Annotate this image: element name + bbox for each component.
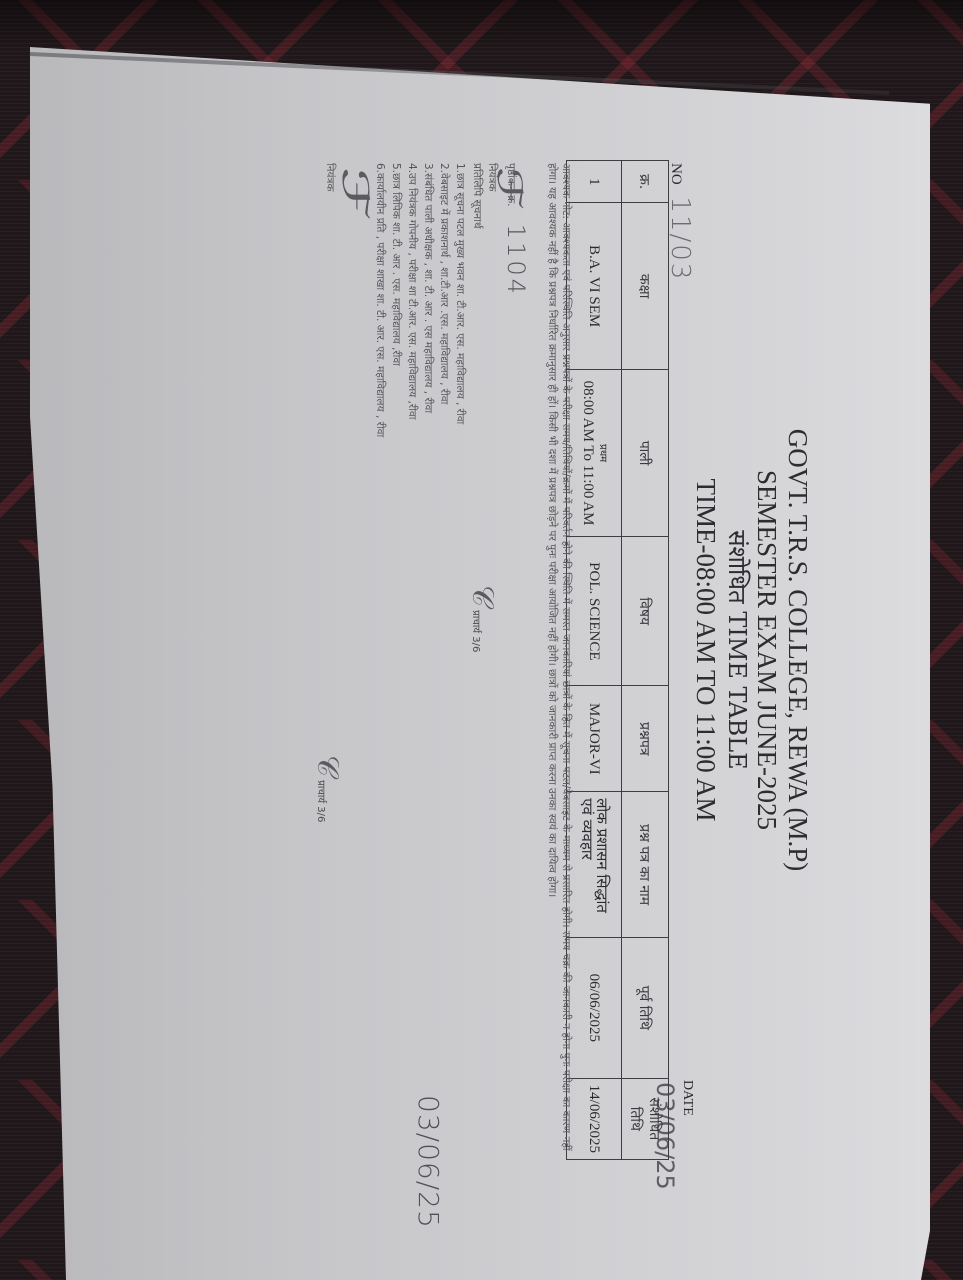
header-original-date: पूर्व तिथि [622, 937, 669, 1078]
controller-signature-2-icon: ℱ [334, 167, 375, 221]
cell-sn: 1 [567, 161, 622, 203]
college-name: GOVT. T.R.S. COLLEGE, REWA (M.P) [782, 85, 813, 1215]
endorsement-handwritten: 1104 [502, 224, 530, 297]
fabric-background [0, 0, 963, 50]
header-sn: क्र. [622, 161, 669, 203]
principal-date-note-2: 3/6 [315, 806, 326, 822]
handwritten-number: 11/03 [665, 196, 695, 281]
no-label: NO [668, 163, 684, 185]
shift-label: प्रथम [597, 376, 609, 530]
cell-class: B.A. VI SEM [567, 203, 622, 369]
exam-title: SEMESTER EXAM JUNE-2025 [752, 85, 782, 1215]
principal-signature-block-2: 𝒞 प्राचार्य 3/6 [310, 775, 345, 822]
principal-signature-icon: 𝒞 [465, 585, 500, 607]
header-paper: प्रश्नपत्र [622, 686, 669, 792]
date-label: DATE [680, 1080, 695, 1116]
header-class: कक्षा [622, 203, 669, 369]
document-header: GOVT. T.R.S. COLLEGE, REWA (M.P) SEMESTE… [690, 85, 845, 1215]
list-item: 3.संबंधित पाली अधीक्षक , शा. टी. आर . एस… [420, 163, 436, 437]
important-note: आवश्यक नोट: आवश्यकता एवं परिस्थिति अनुसा… [545, 163, 573, 1153]
header-revised-date: संशोधित तिथि [622, 1078, 669, 1159]
list-item: 5.छात्र लिपिक शा. टी. आर . एस. महाविद्या… [388, 163, 404, 437]
cell-original-date: 06/06/2025 [567, 937, 622, 1078]
handwritten-date-2: 03/06/25 [412, 1095, 445, 1229]
cell-paper-name: लोक प्रशासन सिद्धांत एवं व्यवहार [567, 792, 622, 938]
controller-label: नियंत्रक [485, 163, 499, 192]
header-shift: पाली [622, 369, 669, 536]
cell-shift: प्रथम 08:00 AM To 11:00 AM [567, 369, 622, 536]
shift-time: 08:00 AM To 11:00 AM [581, 381, 597, 526]
principal-signature-block: 𝒞 प्राचार्य 3/6 [465, 605, 500, 652]
controller-label-2: नियंत्रक [323, 163, 337, 192]
principal-date-note: 3/6 [470, 636, 481, 652]
principal-label: प्राचार्य [470, 610, 481, 633]
principal-label-2: प्राचार्य [315, 780, 326, 803]
list-item: 2.वेबसाइट में प्रकाशनार्थ , शा.टी.आर .एस… [436, 163, 452, 437]
principal-signature-2-icon: 𝒞 [310, 755, 345, 777]
table-header-row: क्र. कक्षा पाली विषय प्रश्नपत्र प्रश्न प… [622, 161, 669, 1160]
cell-paper: MAJOR-VI [567, 686, 622, 792]
list-item: 1.छात्र सूचना पटल मुख्य भवन शा. टी.आर. ए… [452, 163, 468, 437]
cell-subject: POL. SCIENCE [567, 537, 622, 686]
cell-revised-date: 14/06/2025 [567, 1078, 622, 1159]
timetable-document: GOVT. T.R.S. COLLEGE, REWA (M.P) SEMESTE… [85, 85, 845, 1215]
copy-to-heading: प्रतिलिपि सूचनार्थ [470, 163, 484, 229]
header-paper-name: प्रश्न पत्र का नाम [622, 792, 669, 938]
list-item: 4.उप नियंत्रक गोपनीय , परीक्षा शा टी.आर.… [404, 163, 420, 437]
table-row: 1 B.A. VI SEM प्रथम 08:00 AM To 11:00 AM… [567, 161, 622, 1160]
copy-to-list: 1.छात्र सूचना पटल मुख्य भवन शा. टी.आर. ए… [372, 163, 468, 437]
timetable-table: क्र. कक्षा पाली विषय प्रश्नपत्र प्रश्न प… [566, 160, 669, 1160]
reference-number: NO 11/03 [665, 163, 695, 281]
revised-timetable-title: संशोधित TIME TABLE [722, 85, 752, 1215]
header-subject: विषय [622, 537, 669, 686]
